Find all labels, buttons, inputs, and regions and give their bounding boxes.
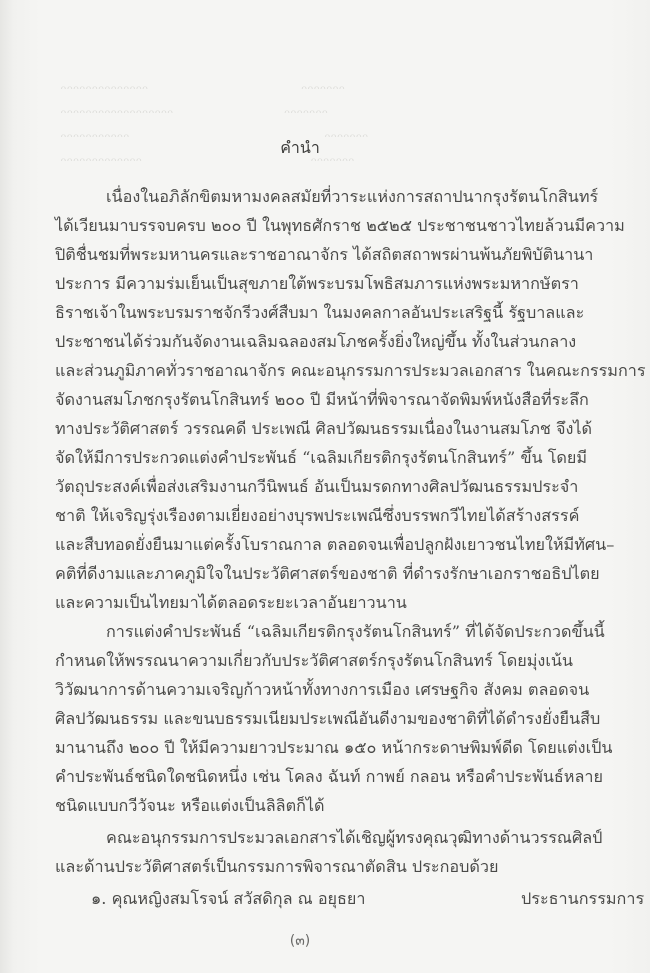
text-line: มานานถึง ๒๐๐ ปี ให้มีความยาวประมาณ ๑๕๐ ห… (55, 737, 573, 759)
text-line: ศิลปวัฒนธรรม และขนบธรรมเนียมประเพณีอันดี… (55, 708, 573, 730)
bleed-through-text: ᵔᵔᵔᵔᵔᵔᵔ ᵔᵔᵔᵔᵔᵔᵔᵔᵔᵔᵔᵔᵔᵔᵔᵔᵔᵔ (60, 106, 328, 124)
committee-item-name: คุณหญิงสมโรจน์ สวัสดิกุล ณ อยุธยา (112, 889, 366, 908)
text-line: ประการ มีความร่มเย็นเป็นสุขภายใต้พระบรมโ… (55, 273, 573, 295)
text-line: ชาติ ให้เจริญรุ่งเรืองตามเยี่ยงอย่างบุรพ… (55, 505, 573, 527)
committee-item-number: ๑. (91, 889, 106, 908)
text-line: คณะอนุกรรมการประมวลเอกสารได้เชิญผู้ทรงคุ… (106, 827, 573, 849)
page-number: (๓) (0, 930, 600, 952)
bleed-through-text: ᵔᵔᵔᵔᵔᵔᵔ ᵔᵔᵔᵔᵔᵔᵔᵔᵔᵔᵔᵔᵔᵔ (60, 82, 345, 100)
text-line: และความเป็นไทยมาได้ตลอดระยะเวลาอันยาวนาน (55, 592, 573, 614)
text-line: จัดงานสมโภชกรุงรัตนโกสินทร์ ๒๐๐ ปี มีหน้… (55, 389, 573, 411)
text-line: ชนิดแบบกวีวัจนะ หรือแต่งเป็นลิลิตก็ได้ (55, 795, 573, 817)
text-line: การแต่งคำประพันธ์ “เฉลิมเกียรติกรุงรัตนโ… (106, 621, 573, 643)
text-line: ทางประวัติศาสตร์ วรรณคดี ประเพณี ศิลปวัฒ… (55, 418, 573, 440)
text-line: กำหนดให้พรรณนาความเกี่ยวกับประวัติศาสตร์… (55, 650, 573, 672)
text-line: คติที่ดีงามและภาคภูมิใจในประวัติศาสตร์ขอ… (55, 563, 573, 585)
text-line: เนื่องในอภิลักขิตมหามงคลสมัยที่วาระแห่งก… (106, 186, 573, 208)
text-line: ได้เวียนมาบรรจบครบ ๒๐๐ ปี ในพุทธศักราช ๒… (55, 215, 573, 237)
text-line: และส่วนภูมิภาคทั่วราชอาณาจักร คณะอนุกรรม… (55, 360, 573, 382)
text-line: ธิราชเจ้าในพระบรมราชจักรีวงศ์สืบมา ในมงค… (55, 302, 573, 324)
page-title: คำนำ (0, 136, 600, 161)
text-line: วิวัฒนาการด้านความเจริญก้าวหน้าทั้งทางกา… (55, 679, 573, 701)
text-line: ปิติชื่นชมที่พระมหานครและราชอาณาจักร ได้… (55, 244, 573, 266)
committee-item: ๑. คุณหญิงสมโรจน์ สวัสดิกุล ณ อยุธยา ประ… (91, 888, 573, 910)
text-line: และสืบทอดยั่งยืนมาแต่ครั้งโบราณกาล ตลอดจ… (55, 534, 573, 556)
text-line: วัตถุประสงค์เพื่อส่งเสริมงานกวีนิพนธ์ อั… (55, 476, 573, 498)
committee-item-role: ประธานกรรมการ (521, 888, 644, 910)
text-line: จัดให้มีการประกวดแต่งคำประพันธ์ “เฉลิมเก… (55, 447, 573, 469)
text-line: คำประพันธ์ชนิดใดชนิดหนึ่ง เช่น โคลง ฉันท… (55, 766, 573, 788)
text-line: และด้านประวัติศาสตร์เป็นกรรมการพิจารณาตั… (55, 856, 573, 878)
scanned-book-page: ᵔᵔᵔᵔᵔᵔᵔ ᵔᵔᵔᵔᵔᵔᵔᵔᵔᵔᵔᵔᵔᵔ ᵔᵔᵔᵔᵔᵔᵔ ᵔᵔᵔᵔᵔᵔᵔᵔᵔ… (0, 0, 650, 973)
text-line: ประชาชนได้ร่วมกันจัดงานเฉลิมฉลองสมโภชครั… (55, 331, 573, 353)
